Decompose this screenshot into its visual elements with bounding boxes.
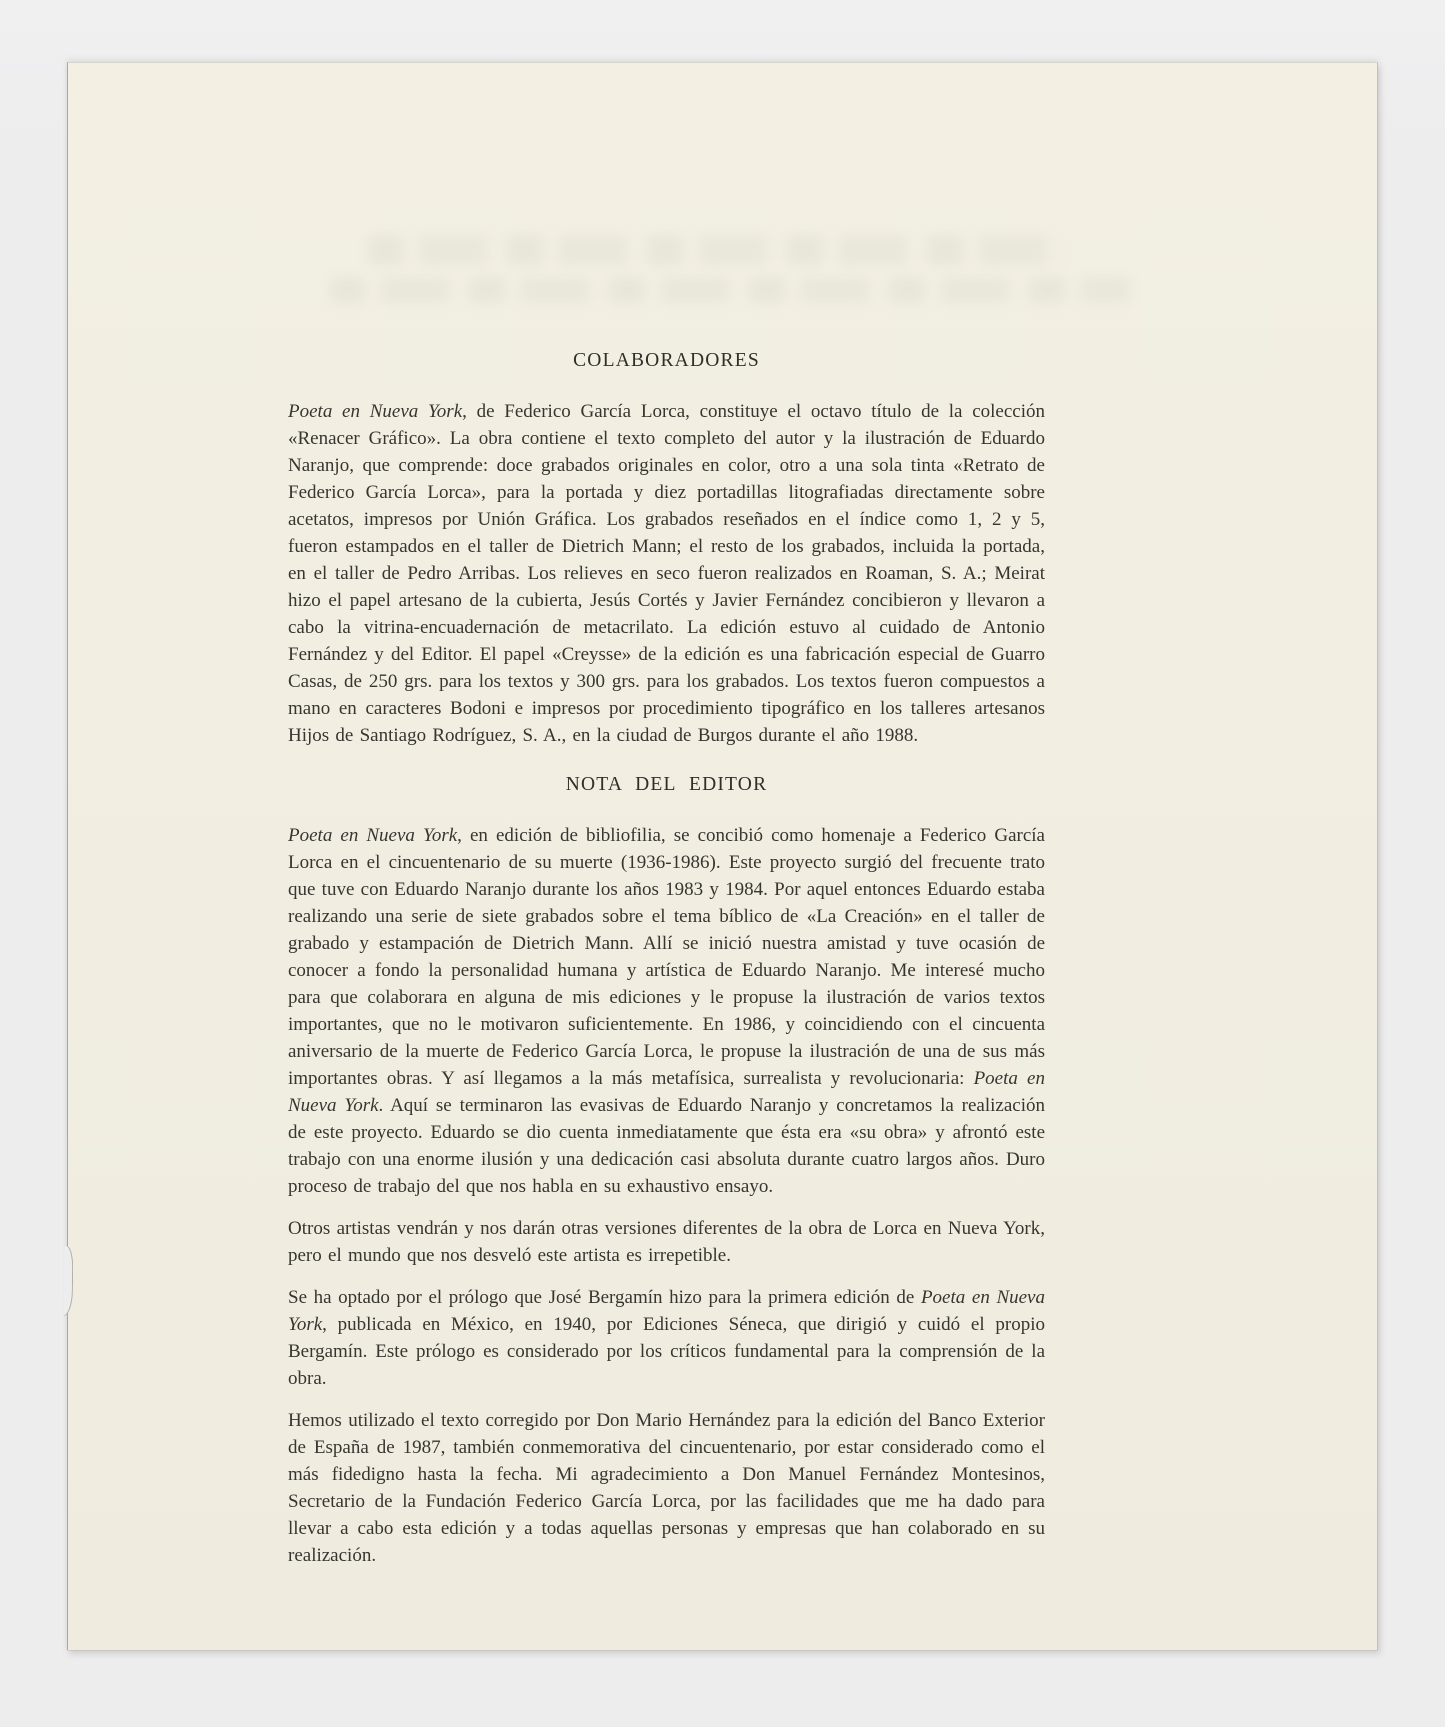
page-text-block: COLABORADORES Poeta en Nueva York, de Fe… (288, 347, 1045, 1569)
deckle-tear (64, 1246, 74, 1316)
show-through-ghost (368, 235, 1068, 265)
text-run: Poeta en Nueva York (288, 825, 457, 846)
book-page: COLABORADORES Poeta en Nueva York, de Fe… (67, 62, 1378, 1650)
colaboradores-paragraphs: Poeta en Nueva York, de Federico García … (288, 398, 1045, 749)
section-heading-colaboradores: COLABORADORES (288, 347, 1045, 374)
text-run: , en edición de bibliofilia, se concibió… (288, 825, 1045, 1089)
text-run: Hemos utilizado el texto corregido por D… (288, 1410, 1045, 1566)
show-through-ghost (330, 277, 1130, 303)
nota-del-editor-paragraphs: Poeta en Nueva York, en edición de bibli… (288, 822, 1045, 1569)
text-run: Otros artistas vendrán y nos darán otras… (288, 1218, 1045, 1266)
text-run: , de Federico García Lorca, constituye e… (288, 401, 1045, 746)
paragraph: Poeta en Nueva York, de Federico García … (288, 398, 1045, 749)
paragraph: Se ha optado por el prólogo que José Ber… (288, 1284, 1045, 1392)
text-run: , publicada en México, en 1940, por Edic… (288, 1314, 1045, 1389)
section-nota-del-editor: NOTA DEL EDITOR Poeta en Nueva York, en … (288, 771, 1045, 1569)
section-heading-nota-del-editor: NOTA DEL EDITOR (288, 771, 1045, 798)
text-run: Poeta en Nueva York (288, 401, 462, 422)
paragraph: Poeta en Nueva York, en edición de bibli… (288, 822, 1045, 1200)
paragraph: Otros artistas vendrán y nos darán otras… (288, 1215, 1045, 1269)
text-run: . Aquí se terminaron las evasivas de Edu… (288, 1095, 1045, 1197)
text-run: Se ha optado por el prólogo que José Ber… (288, 1287, 921, 1308)
paragraph: Hemos utilizado el texto corregido por D… (288, 1407, 1045, 1569)
section-colaboradores: COLABORADORES Poeta en Nueva York, de Fe… (288, 347, 1045, 749)
